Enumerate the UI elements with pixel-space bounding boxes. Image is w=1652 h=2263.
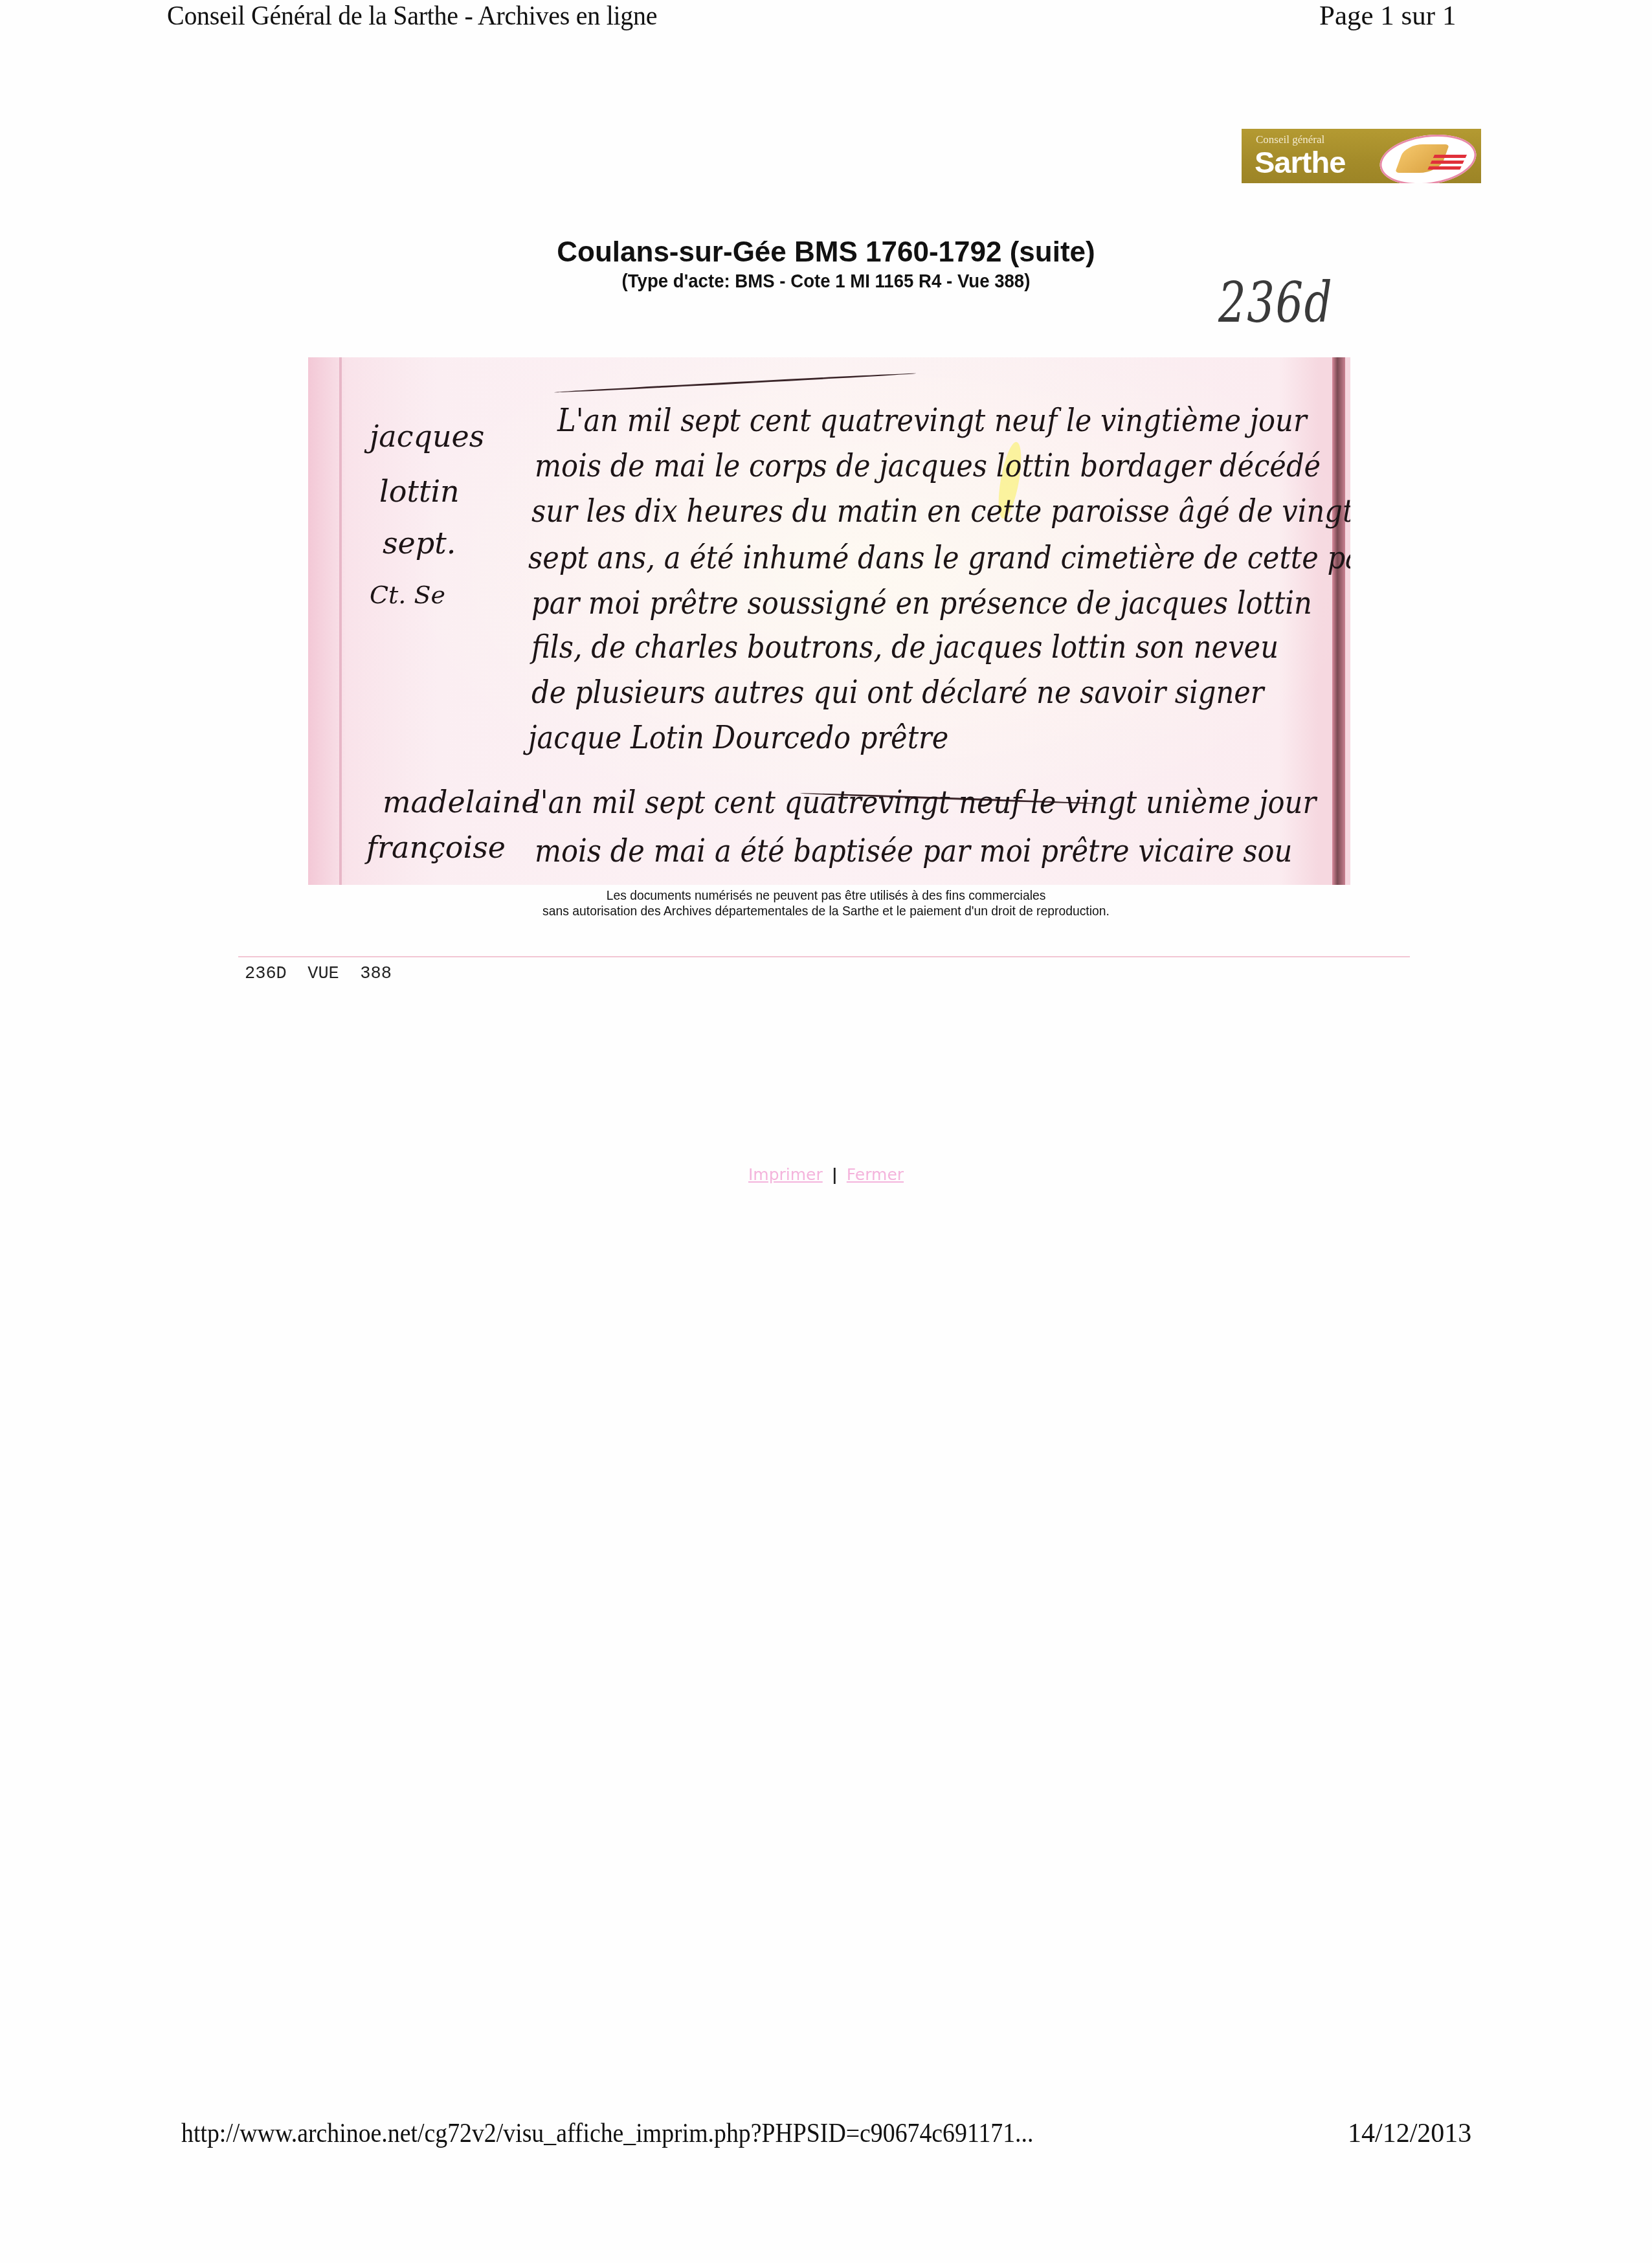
manuscript-line: L'an mil sept cent quatrevingt neuf le v… xyxy=(557,403,1307,439)
print-header-page-indicator: Page 1 sur 1 xyxy=(1319,0,1456,32)
margin-note: jacques xyxy=(370,419,484,454)
margin-rule xyxy=(339,357,342,885)
reference-number: 388 xyxy=(360,964,392,984)
page-edge xyxy=(1332,357,1345,885)
manuscript-line: de plusieurs autres qui ont déclaré ne s… xyxy=(531,674,1264,711)
reference-line: 236D VUE 388 xyxy=(245,964,392,984)
margin-note: sept. xyxy=(383,526,456,561)
manuscript-line: fils, de charles boutrons, de jacques lo… xyxy=(531,629,1278,665)
close-link[interactable]: Fermer xyxy=(847,1165,904,1184)
link-separator: | xyxy=(832,1165,838,1184)
margin-note: françoise xyxy=(366,830,506,865)
manuscript-line: mois de mai le corps de jacques lottin b… xyxy=(535,448,1321,484)
flourish-top xyxy=(554,372,916,393)
margin-note: madelaine xyxy=(383,785,539,819)
manuscript-line: sur les dix heures du matin en cette par… xyxy=(531,493,1350,530)
sarthe-logo: Conseil général Sarthe xyxy=(1242,129,1481,183)
divider xyxy=(238,956,1410,957)
reference-label: VUE xyxy=(307,964,339,984)
disclaimer-line-2: sans autorisation des Archives départeme… xyxy=(66,904,1586,919)
print-footer-url: http://www.archinoe.net/cg72v2/visu_affi… xyxy=(181,2118,1033,2149)
document-subtitle: (Type d'acte: BMS - Cote 1 MI 1165 R4 - … xyxy=(66,271,1586,293)
print-header-site-title: Conseil Général de la Sarthe - Archives … xyxy=(167,0,657,32)
manuscript-line: mois de mai a été baptisée par moi prêtr… xyxy=(535,833,1292,869)
logo-name: Sarthe xyxy=(1255,144,1345,180)
margin-note: Ct. Se xyxy=(370,581,445,609)
document-title: Coulans-sur-Gée BMS 1760-1792 (suite) xyxy=(0,236,1652,269)
print-link[interactable]: Imprimer xyxy=(748,1165,823,1184)
reference-code: 236D xyxy=(245,964,287,984)
handwritten-reference: 236d xyxy=(1218,271,1333,335)
disclaimer-line-1: Les documents numérisés ne peuvent pas ê… xyxy=(66,888,1586,904)
manuscript-line: sept ans, a été inhumé dans le grand cim… xyxy=(528,540,1350,576)
print-footer-date: 14/12/2013 xyxy=(1348,2118,1471,2149)
manuscript-line: par moi prêtre soussigné en présence de … xyxy=(531,585,1312,621)
manuscript-line: jacque Lotin Dourcedo prêtre xyxy=(528,720,948,756)
manuscript-line: l'an mil sept cent quatrevingt neuf le v… xyxy=(531,785,1316,821)
manuscript-image: jacques lottin sept. Ct. Se madelaine fr… xyxy=(308,357,1350,885)
action-links: Imprimer | Fermer xyxy=(0,1165,1652,1184)
margin-note: lottin xyxy=(379,474,460,509)
